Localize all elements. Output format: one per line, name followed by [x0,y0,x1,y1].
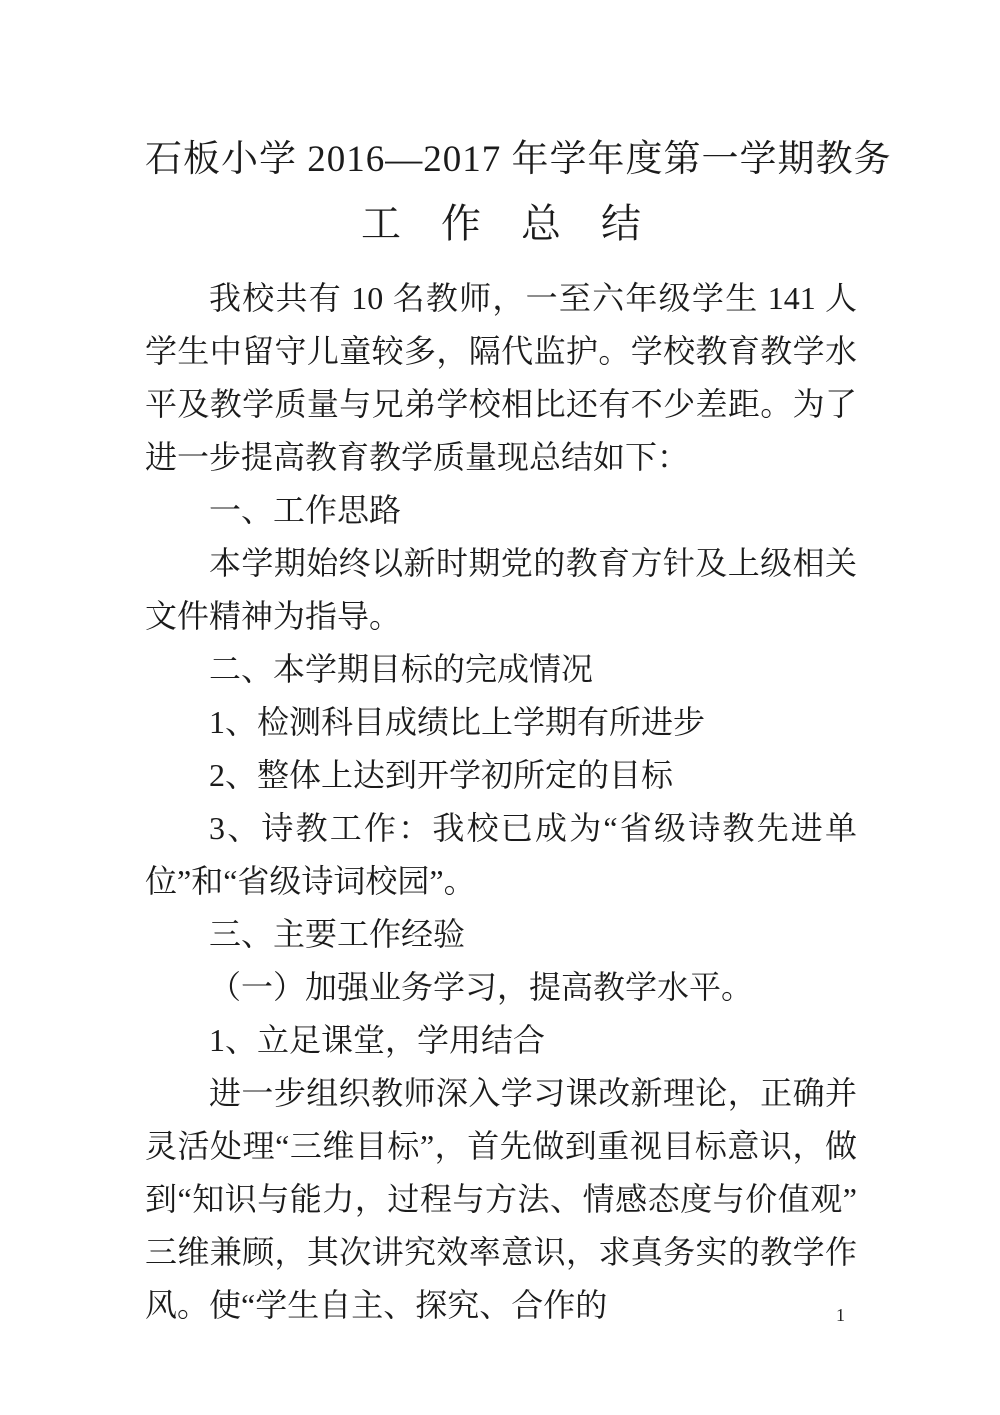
section-heading-3: 三、主要工作经验 [145,908,857,961]
section-heading-1: 一、工作思路 [145,484,857,537]
list-item-2-3: 3、诗教工作：我校已成为“省级诗教先进单位”和“省级诗词校园”。 [145,802,857,908]
page-number: 1 [836,1303,845,1327]
list-item-2-2: 2、整体上达到开学初所定的目标 [145,749,857,802]
document-title-line2: 工 作 总 结 [145,198,857,250]
document-page: 石板小学 2016—2017 年学年度第一学期教务 工 作 总 结 我校共有 1… [0,0,1000,1415]
document-title-line1: 石板小学 2016—2017 年学年度第一学期教务 [145,136,857,184]
paragraph-section-1: 本学期始终以新时期党的教育方针及上级相关文件精神为指导。 [145,537,857,643]
section-heading-2: 二、本学期目标的完成情况 [145,643,857,696]
list-item-3-2: 1、立足课堂，学用结合 [145,1014,857,1067]
document-body: 我校共有 10 名教师，一至六年级学生 141 人学生中留守儿童较多，隔代监护。… [145,272,857,1332]
document-content: 石板小学 2016—2017 年学年度第一学期教务 工 作 总 结 我校共有 1… [145,0,857,1332]
list-item-3-1: （一）加强业务学习，提高教学水平。 [145,961,857,1014]
list-item-2-1: 1、检测科目成绩比上学期有所进步 [145,696,857,749]
paragraph-section-3: 进一步组织教师深入学习课改新理论，正确并灵活处理“三维目标”，首先做到重视目标意… [145,1067,857,1332]
paragraph-intro: 我校共有 10 名教师，一至六年级学生 141 人学生中留守儿童较多，隔代监护。… [145,272,857,484]
